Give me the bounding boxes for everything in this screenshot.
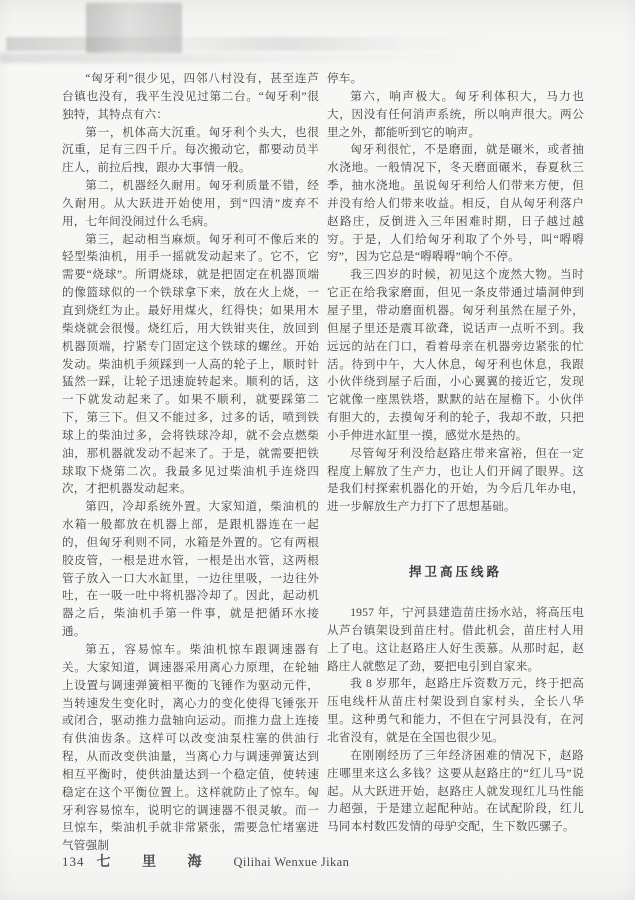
right-text-column: 停车。 第六，响声极大。匈牙利体积大，马力也大，因没有任何消声系统，所以响声很大… (327, 70, 584, 836)
paragraph-continuation: 停车。 (327, 70, 584, 88)
paragraph-feature-5: 第五，容易惊车。柴油机惊车跟调速器有关。大家知道，调速器采用离心力原理，在轮轴上… (62, 641, 319, 855)
watermark-landscape-band (6, 37, 511, 51)
page-number: 134 (62, 854, 85, 870)
left-text-column: “匈牙利”很少见，四邻八村没有，甚至连芦台镇也没有，我平生没见过第二台。“匈牙利… (62, 70, 319, 855)
paragraph-busy-machine: 匈牙利很忙，不是磨面，就是碾米，或者抽水浇地。一般情况下，冬天磨面碾米，春夏秋三… (327, 141, 584, 266)
paragraph-feature-3: 第三，起动相当麻烦。匈牙利可不像后来的轻型柴油机，用手一摇就发动起来了。它不，它… (62, 231, 319, 499)
paragraph-feature-6: 第六，响声极大。匈牙利体积大，马力也大，因没有任何消声系统，所以响声很大。两公里… (327, 88, 584, 142)
scanned-journal-page: “匈牙利”很少见，四邻八村没有，甚至连芦台镇也没有，我平生没见过第二台。“匈牙利… (0, 0, 635, 900)
paragraph-intro: “匈牙利”很少见，四邻八村没有，甚至连芦台镇也没有，我平生没见过第二台。“匈牙利… (62, 70, 319, 124)
paragraph-red-horse: 在刚刚经历了三年经济困难的情况下，赵路庄哪里来这么多钱？这要从赵路庄的“红儿马”… (327, 747, 584, 836)
watermark-landscape-band-lower (0, 53, 570, 63)
journal-title-chinese: 七 里 海 (97, 851, 216, 871)
paragraph-feature-2: 第二，机器经久耐用。匈牙利质量不错，经久耐用。从大跃进开始使用，到“四清”废弃不… (62, 177, 319, 231)
paragraph-childhood-memory: 我三四岁的时候，初见这个庞然大物。当时它正在给我家磨面，但见一条皮带通过墙洞伸到… (327, 266, 584, 444)
page-footer: 134 七 里 海 Qilihai Wenxue Jikan (62, 851, 349, 871)
paragraph-power-line: 我 8 岁那年，赵路庄斥资数万元，终于把高压电线杆从苗庄村架设到自家村头，全长八… (327, 675, 584, 746)
paragraph-1957-power-station: 1957 年，宁河县建造苗庄扬水站，将高压电从芦台镇架设到苗庄村。借此机会，苗庄… (327, 604, 584, 675)
journal-title-pinyin: Qilihai Wenxue Jikan (234, 855, 350, 870)
paragraph-feature-1: 第一，机体高大沉重。匈牙利个头大，也很沉重，足有三四千斤。每次搬动它，都要动员半… (62, 124, 319, 178)
paragraph-feature-4: 第四，冷却系统外置。大家知道，柴油机的水箱一般都放在机器上部，是跟机器连在一起的… (62, 498, 319, 641)
watermark-tower-illustration (86, 3, 182, 53)
section-heading: 捍卫高压线路 (327, 562, 584, 580)
paragraph-conclusion: 尽管匈牙利没给赵路庄带来富裕，但在一定程度上解放了生产力，也让人们开阔了眼界。这… (327, 445, 584, 516)
